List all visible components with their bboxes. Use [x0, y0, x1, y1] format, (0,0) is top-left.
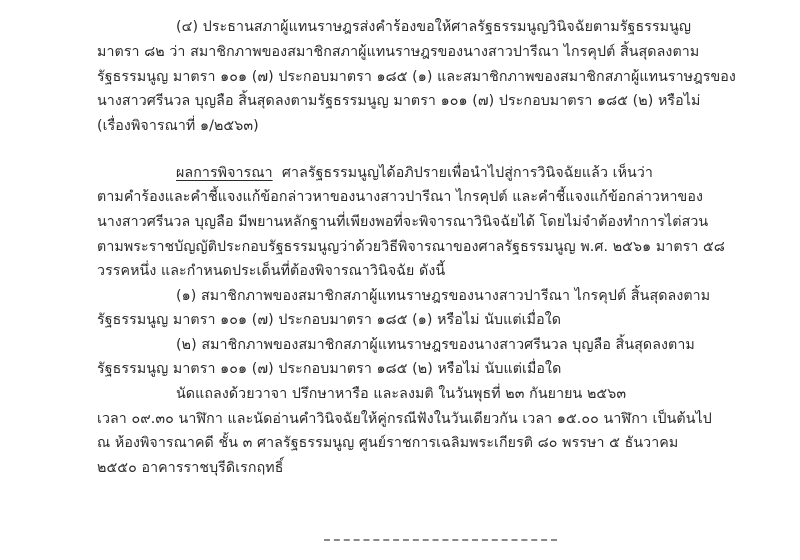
- issue-1-line-1: (๑) สมาชิกภาพของสมาชิกสภาผู้แทนราษฎรของน…: [176, 285, 710, 307]
- paragraph-3-line-3: ณ ห้องพิจารณาคดี ชั้น ๓ ศาลรัฐธรรมนูญ ศู…: [97, 432, 678, 454]
- paragraph-1-line-4: นางสาวศรีนวล บุญลือ สิ้นสุดลงตามรัฐธรรมน…: [97, 90, 700, 112]
- heading-continuation: ศาลรัฐธรรมนูญได้อภิปรายเพื่อนำไปสู่การวิ…: [282, 165, 653, 181]
- paragraph-2-line-5: วรรคหนึ่ง และกำหนดประเด็นที่ต้องพิจารณาว…: [97, 260, 445, 282]
- dashed-separator: [324, 539, 557, 541]
- paragraph-1-line-1: (๔) ประธานสภาผู้แทนราษฎรส่งคำร้องขอให้ศา…: [176, 16, 691, 38]
- section-heading: ผลการพิจารณา: [176, 165, 273, 181]
- issue-2-line-1: (๒) สมาชิกภาพของสมาชิกสภาผู้แทนราษฎรของน…: [176, 334, 695, 356]
- paragraph-3-line-2: เวลา ๐๙.๓๐ นาฬิกา และนัดอ่านคำวินิจฉัยให…: [97, 408, 712, 430]
- paragraph-1-line-5: (เรื่องพิจารณาที่ ๑/๒๕๖๓): [97, 115, 259, 137]
- paragraph-2-line-1: ผลการพิจารณา ศาลรัฐธรรมนูญได้อภิปรายเพื่…: [176, 162, 653, 184]
- paragraph-1-line-3: รัฐธรรมนูญ มาตรา ๑๐๑ (๗) ประกอบมาตรา ๑๘๕…: [97, 66, 736, 88]
- issue-2-line-2: รัฐธรรมนูญ มาตรา ๑๐๑ (๗) ประกอบมาตรา ๑๘๕…: [97, 358, 561, 380]
- paragraph-2-line-2: ตามคำร้องและคำชี้แจงแก้ข้อกล่าวหาของนางส…: [97, 186, 703, 208]
- paragraph-3-line-1: นัดแถลงด้วยวาจา ปรึกษาหารือ และลงมติ ในว…: [176, 383, 626, 405]
- issue-1-line-2: รัฐธรรมนูญ มาตรา ๑๐๑ (๗) ประกอบมาตรา ๑๘๕…: [97, 309, 561, 331]
- document-page: (๔) ประธานสภาผู้แทนราษฎรส่งคำร้องขอให้ศา…: [0, 0, 800, 560]
- paragraph-2-line-4: ตามพระราชบัญญัติประกอบรัฐธรรมนูญว่าด้วยว…: [97, 236, 725, 258]
- paragraph-3-line-4: ๒๕๕๐ อาคารราชบุรีดิเรกฤทธิ์: [97, 457, 283, 479]
- paragraph-2-line-3: นางสาวศรีนวล บุญลือ มีพยานหลักฐานที่เพีย…: [97, 211, 708, 233]
- paragraph-1-line-2: มาตรา ๘๒ ว่า สมาชิกภาพของสมาชิกสภาผู้แทน…: [97, 41, 699, 63]
